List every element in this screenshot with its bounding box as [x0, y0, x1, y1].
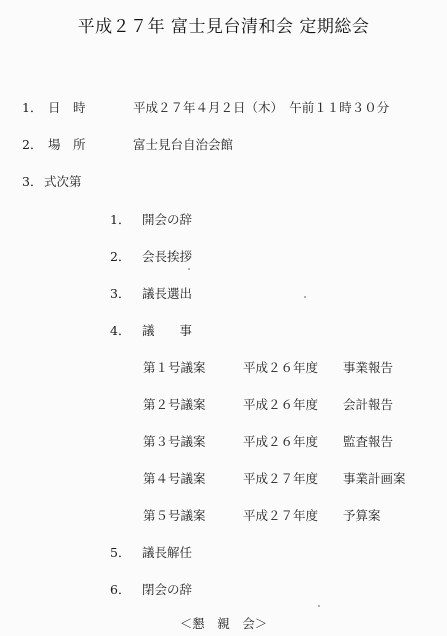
- program-number: 5．: [110, 543, 130, 561]
- section-number: 3．: [22, 172, 42, 190]
- agenda-item-period: 平成２６年度: [243, 395, 318, 413]
- program-label: 会長挨拶: [142, 247, 192, 265]
- agenda-item-subject: 事業計画案: [343, 469, 406, 487]
- program-label: 議長選出: [142, 284, 192, 302]
- scan-speck: [188, 268, 190, 270]
- scan-speck: [318, 605, 320, 607]
- section-label: 日 時: [48, 98, 86, 116]
- agenda-item-subject: 事業報告: [343, 358, 393, 376]
- program-number: 2．: [110, 247, 130, 265]
- agenda-item-period: 平成２６年度: [243, 358, 318, 376]
- document-title: 平成２７年 富士見台清和会 定期総会: [0, 12, 447, 37]
- section-number: 1．: [22, 98, 42, 116]
- program-number: 4．: [110, 321, 130, 339]
- agenda-item-subject: 予算案: [343, 506, 381, 524]
- program-number: 3．: [110, 284, 130, 302]
- social-gathering-heading: ＜懇 親 会＞: [0, 614, 447, 632]
- agenda-item-number: 第５号議案: [143, 506, 206, 524]
- program-label: 開会の辞: [142, 210, 192, 228]
- agenda-item-period: 平成２７年度: [243, 469, 318, 487]
- agenda-item-number: 第１号議案: [143, 358, 206, 376]
- agenda-item-subject: 監査報告: [343, 432, 393, 450]
- agenda-item-period: 平成２６年度: [243, 432, 318, 450]
- section-value: 富士見台自治会館: [133, 135, 233, 153]
- program-label: 議長解任: [142, 543, 192, 561]
- program-label: 議 事: [142, 321, 192, 339]
- agenda-item-number: 第４号議案: [143, 469, 206, 487]
- program-label: 閉会の辞: [142, 580, 192, 598]
- section-number: 2．: [22, 135, 42, 153]
- section-value: 平成２７年４月２日（木） 午前１１時３０分: [133, 98, 389, 116]
- scan-speck: [304, 296, 306, 298]
- agenda-item-number: 第３号議案: [143, 432, 206, 450]
- agenda-item-period: 平成２７年度: [243, 506, 318, 524]
- section-label: 場 所: [48, 135, 86, 153]
- section-label: 式次第: [44, 172, 82, 190]
- program-number: 6．: [110, 580, 130, 598]
- agenda-item-subject: 会計報告: [343, 395, 393, 413]
- program-number: 1．: [110, 210, 130, 228]
- agenda-item-number: 第２号議案: [143, 395, 206, 413]
- document-page: 平成２７年 富士見台清和会 定期総会 1． 日 時 平成２７年４月２日（木） 午…: [0, 0, 447, 636]
